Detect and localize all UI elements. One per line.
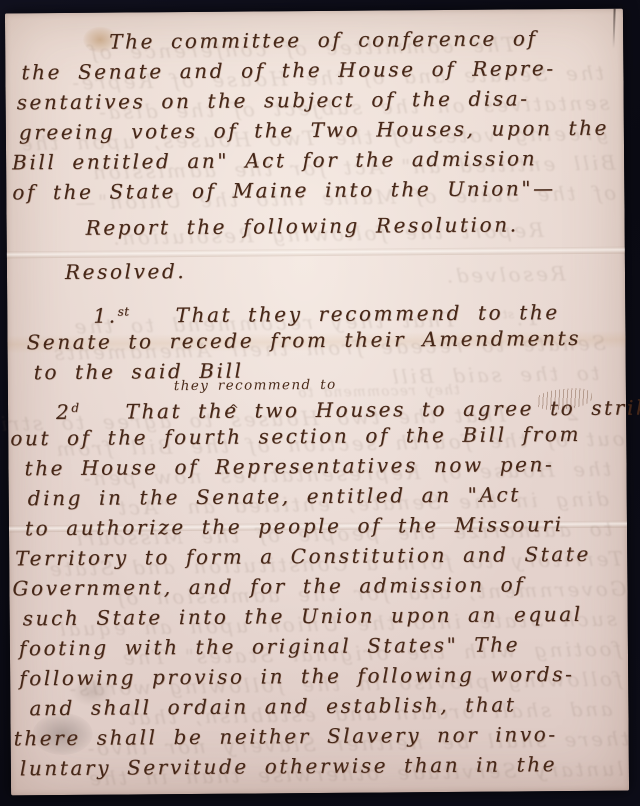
- line-text: luntary Servitude otherwise than in the: [20, 752, 557, 780]
- manuscript-text: The committee of conference ofthe Senate…: [5, 23, 629, 796]
- interline-insertion: they recommend to: [174, 378, 337, 393]
- text-line: Government, and for the admission of: [12, 569, 627, 604]
- line-text: Senate to recede from their Amendments: [26, 326, 581, 354]
- text-line: out of the fourth section of the Bill fr…: [10, 419, 626, 454]
- line-text: the Senate and of the House of Repre-: [21, 56, 555, 84]
- line-text: Bill entitled an" Act for the admission: [12, 146, 537, 174]
- manuscript-page: The committee of conference ofthe Senate…: [5, 9, 629, 796]
- text-line: Senate to recede from their Amendments: [26, 323, 625, 358]
- text-line: Bill entitled an" Act for the admission: [12, 143, 624, 178]
- line-text: footing with the original States" The: [19, 632, 520, 660]
- text-line: sentatives on the subject of the disa-: [17, 83, 624, 118]
- line-text: Report the following Resolution.: [86, 212, 519, 239]
- line-text: of the State of Maine into the Union"—: [12, 176, 556, 204]
- item-number-base: 1.: [93, 304, 117, 328]
- text-line: there shall be neither Slavery nor invo-: [14, 719, 629, 754]
- item-number: 2d: [56, 400, 80, 424]
- item-number-base: 2: [56, 400, 72, 424]
- text-line: Resolved.: [65, 253, 625, 287]
- text-line: the Senate and of the House of Repre-: [21, 53, 623, 88]
- line-text: Resolved.: [65, 259, 186, 284]
- line-text: ding in the Senate, entitled an "Act: [28, 482, 521, 510]
- text-line: footing with the original States" The: [19, 629, 628, 664]
- text-line: ding in the Senate, entitled an "Act: [28, 479, 627, 514]
- line-text: the House of Representatives now pen-: [24, 452, 554, 480]
- text-line: and shall ordain and establish, that: [29, 689, 628, 724]
- line-text: Territory to form a Constitution and Sta…: [15, 542, 591, 571]
- line-text: The committee of conference of: [109, 26, 538, 53]
- text-line: to authorize the people of the Missouri: [25, 509, 627, 544]
- line-text: sentatives on the subject of the disa-: [17, 86, 530, 114]
- text-line: the House of Representatives now pen-: [24, 449, 626, 484]
- line-text: greeing votes of the Two Houses, upon th…: [19, 116, 609, 145]
- line-text: and shall ordain and establish, that: [29, 692, 516, 720]
- text-line: The committee of conference of: [109, 23, 623, 57]
- caret-mark: ^: [228, 406, 239, 416]
- text-line: greeing votes of the Two Houses, upon th…: [19, 113, 624, 148]
- item-number-suffix: d: [71, 401, 79, 415]
- line-text: Government, and for the admission of: [12, 572, 525, 600]
- text-line: Report the following Resolution.: [86, 209, 625, 243]
- item-number: 1.st: [93, 303, 129, 327]
- text-line: 1.stThat they recommend to the: [93, 293, 625, 327]
- text-line: luntary Servitude otherwise than in the: [20, 749, 629, 784]
- line-text: out of the fourth section of the Bill fr…: [10, 422, 581, 450]
- text-line: of the State of Maine into the Union"—: [12, 173, 624, 208]
- line-text: there shall be neither Slavery nor invo-: [14, 722, 558, 750]
- line-text: to authorize the people of the Missouri: [25, 512, 564, 540]
- line-text: following proviso in the following words…: [19, 662, 574, 690]
- text-line: following proviso in the following words…: [19, 659, 628, 694]
- item-number-suffix: st: [118, 304, 130, 318]
- line-text: such State into the Union upon an equal: [23, 602, 583, 630]
- text-line: Territory to form a Constitution and Sta…: [15, 539, 627, 574]
- text-line: such State into the Union upon an equal: [23, 599, 628, 634]
